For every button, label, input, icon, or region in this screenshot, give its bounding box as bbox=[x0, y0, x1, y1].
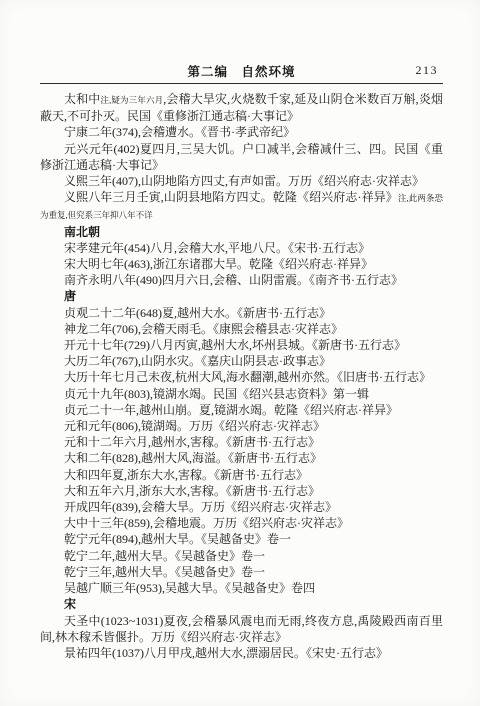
entry-paragraph: 乾宁元年(894),越州大旱。《吴越备史》卷一 bbox=[40, 531, 443, 547]
entry-paragraph: 贞观二十二年(648)夏,越州大水。《新唐书·五行志》 bbox=[40, 305, 443, 321]
entry-paragraph: 宋孝建元年(454)八月,会稽大水,平地八尺。《宋书·五行志》 bbox=[40, 240, 443, 256]
entry-text: 景祐四年(1037)八月甲戌,越州大水,漂溺居民。《宋史·五行志》 bbox=[64, 646, 388, 660]
entry-paragraph: 大和二年(828),越州大风,海溢。《新唐书·五行志》 bbox=[40, 450, 443, 466]
page-body: 太和中注,疑为三年六月,会稽大旱灾,火烧数千家,延及山阴仓米数百万斛,炎烟蔽天,… bbox=[40, 91, 443, 661]
entry-text: 神龙二年(706),会稽天雨毛。《康熙会稽县志·灾祥志》 bbox=[64, 322, 343, 336]
entry-paragraph: 大中十三年(859),会稽地震。万历《绍兴府志·灾祥志》 bbox=[40, 515, 443, 531]
entry-text: 大和五年六月,浙东大水,害稼。《新唐书·五行志》 bbox=[64, 484, 320, 498]
dynasty-heading: 宋 bbox=[40, 596, 443, 612]
entry-paragraph: 大和四年夏,浙东大水,害稼。《新唐书·五行志》 bbox=[40, 467, 443, 483]
entry-paragraph: 开元十七年(729)八月丙寅,越州大水,坏州县城。《新唐书·五行志》 bbox=[40, 337, 443, 353]
entry-text: 南齐永明八年(490)四月六日,会稽、山阴雷震。《南齐书·五行志》 bbox=[64, 273, 403, 287]
entry-text: 唐 bbox=[64, 289, 76, 303]
entry-text: 开成四年(839),会稽大旱。万历《绍兴府志·灾祥志》 bbox=[64, 500, 337, 514]
entry-paragraph: 大历十年七月己未夜,杭州大风,海水翻潮,越州亦然。《旧唐书·五行志》 bbox=[40, 369, 443, 385]
entry-text: 乾宁三年,越州大旱。《吴越备史》卷一 bbox=[64, 565, 265, 579]
entry-paragraph: 太和中注,疑为三年六月,会稽大旱灾,火烧数千家,延及山阴仓米数百万斛,炎烟蔽天,… bbox=[40, 91, 443, 124]
entry-text: 开元十七年(729)八月丙寅,越州大水,坏州县城。《新唐书·五行志》 bbox=[64, 338, 406, 352]
entry-text: 元和十二年六月,越州水,害稼。《新唐书·五行志》 bbox=[64, 435, 320, 449]
entry-paragraph: 乾宁三年,越州大旱。《吴越备史》卷一 bbox=[40, 564, 443, 580]
entry-paragraph: 宋大明七年(463),浙江东诸郡大旱。乾隆《绍兴府志·祥异》 bbox=[40, 256, 443, 272]
dynasty-heading: 南北朝 bbox=[40, 224, 443, 240]
entry-paragraph: 义熙八年三月壬寅,山阴县地陷方四丈。乾隆《绍兴府志·祥异》注,此两条恐为重复,但… bbox=[40, 189, 443, 223]
entry-paragraph: 大历二年(767),山阴水灾。《嘉庆山阴县志·政事志》 bbox=[40, 353, 443, 369]
entry-paragraph: 乾宁二年,越州大旱。《吴越备史》卷一 bbox=[40, 548, 443, 564]
entry-paragraph: 元兴元年(402)夏四月,三吴大饥。户口减半,会稽减什三、四。民国《重修浙江通志… bbox=[40, 141, 443, 173]
dynasty-heading: 唐 bbox=[40, 288, 443, 304]
entry-text: 义熙三年(407),山阴地陷方四丈,有声如雷。万历《绍兴府志·灾祥志》 bbox=[64, 174, 424, 188]
running-head-row: 第二编 自然环境 213 bbox=[40, 62, 443, 79]
entry-text: 大历二年(767),山阴水灾。《嘉庆山阴县志·政事志》 bbox=[64, 354, 331, 368]
entry-paragraph: 大和五年六月,浙东大水,害稼。《新唐书·五行志》 bbox=[40, 483, 443, 499]
entry-text: 贞观二十二年(648)夏,越州大水。《新唐书·五行志》 bbox=[64, 306, 331, 320]
entry-text: 南北朝 bbox=[64, 225, 100, 239]
entry-text: 元和元年(806),镜湖竭。万历《绍兴府志·灾祥志》 bbox=[64, 419, 325, 433]
entry-text: 乾宁二年,越州大旱。《吴越备史》卷一 bbox=[64, 549, 265, 563]
entry-paragraph: 贞元二十一年,越州山崩。夏,镜湖水竭。乾隆《绍兴府志·祥异》 bbox=[40, 402, 443, 418]
entry-text: 义熙八年三月壬寅,山阴县地陷方四丈。乾隆《绍兴府志·祥异》 bbox=[64, 190, 398, 204]
book-page: 第二编 自然环境 213 太和中注,疑为三年六月,会稽大旱灾,火烧数千家,延及山… bbox=[0, 0, 480, 706]
entry-paragraph: 义熙三年(407),山阴地陷方四丈,有声如雷。万历《绍兴府志·灾祥志》 bbox=[40, 173, 443, 189]
entry-paragraph: 贞元十九年(803),镜湖水竭。民国《绍兴县志资料》第一辑 bbox=[40, 386, 443, 402]
entry-text: 贞元十九年(803),镜湖水竭。民国《绍兴县志资料》第一辑 bbox=[64, 387, 369, 401]
entry-paragraph: 宁康二年(374),会稽遭水。《晋书·孝武帝纪》 bbox=[40, 124, 443, 140]
entry-text: 宋孝建元年(454)八月,会稽大水,平地八尺。《宋书·五行志》 bbox=[64, 241, 370, 255]
entry-text: 天圣中(1023~1031)夏夜,会稽暴风震电而无雨,终夜方息,禹陵殿西南百里间… bbox=[40, 614, 443, 644]
entry-paragraph: 开成四年(839),会稽大旱。万历《绍兴府志·灾祥志》 bbox=[40, 499, 443, 515]
header-rule bbox=[40, 83, 443, 84]
entry-paragraph: 南齐永明八年(490)四月六日,会稽、山阴雷震。《南齐书·五行志》 bbox=[40, 272, 443, 288]
entry-paragraph: 元和十二年六月,越州水,害稼。《新唐书·五行志》 bbox=[40, 434, 443, 450]
entry-paragraph: 元和元年(806),镜湖竭。万历《绍兴府志·灾祥志》 bbox=[40, 418, 443, 434]
entry-text: 元兴元年(402)夏四月,三吴大饥。户口减半,会稽减什三、四。民国《重修浙江通志… bbox=[40, 142, 443, 172]
page-header: 第二编 自然环境 213 bbox=[40, 62, 443, 84]
entry-text: 大中十三年(859),会稽地震。万历《绍兴府志·灾祥志》 bbox=[64, 516, 349, 530]
entry-text: 太和中 bbox=[64, 92, 100, 106]
entry-paragraph: 景祐四年(1037)八月甲戌,越州大水,漂溺居民。《宋史·五行志》 bbox=[40, 645, 443, 661]
entry-paragraph: 吴越广顺三年(953),吴越大旱。《吴越备史》卷四 bbox=[40, 580, 443, 596]
entry-paragraph: 天圣中(1023~1031)夏夜,会稽暴风震电而无雨,终夜方息,禹陵殿西南百里间… bbox=[40, 613, 443, 645]
entry-text: 乾宁元年(894),越州大旱。《吴越备史》卷一 bbox=[64, 532, 291, 546]
inline-note: 注,疑为三年六月 bbox=[100, 95, 163, 105]
entry-text: 贞元二十一年,越州山崩。夏,镜湖水竭。乾隆《绍兴府志·祥异》 bbox=[64, 403, 398, 417]
entry-text: 宁康二年(374),会稽遭水。《晋书·孝武帝纪》 bbox=[64, 125, 295, 139]
page-number: 213 bbox=[416, 63, 439, 78]
entry-text: 宋 bbox=[64, 597, 76, 611]
entry-text: 大历十年七月己未夜,杭州大风,海水翻潮,越州亦然。《旧唐书·五行志》 bbox=[64, 370, 431, 384]
entry-text: 大和二年(828),越州大风,海溢。《新唐书·五行志》 bbox=[64, 451, 322, 465]
running-head-title: 第二编 自然环境 bbox=[40, 62, 443, 80]
entry-text: 宋大明七年(463),浙江东诸郡大旱。乾隆《绍兴府志·祥异》 bbox=[64, 257, 373, 271]
entry-text: 大和四年夏,浙东大水,害稼。《新唐书·五行志》 bbox=[64, 468, 308, 482]
entry-text: 吴越广顺三年(953),吴越大旱。《吴越备史》卷四 bbox=[64, 581, 315, 595]
entry-paragraph: 神龙二年(706),会稽天雨毛。《康熙会稽县志·灾祥志》 bbox=[40, 321, 443, 337]
